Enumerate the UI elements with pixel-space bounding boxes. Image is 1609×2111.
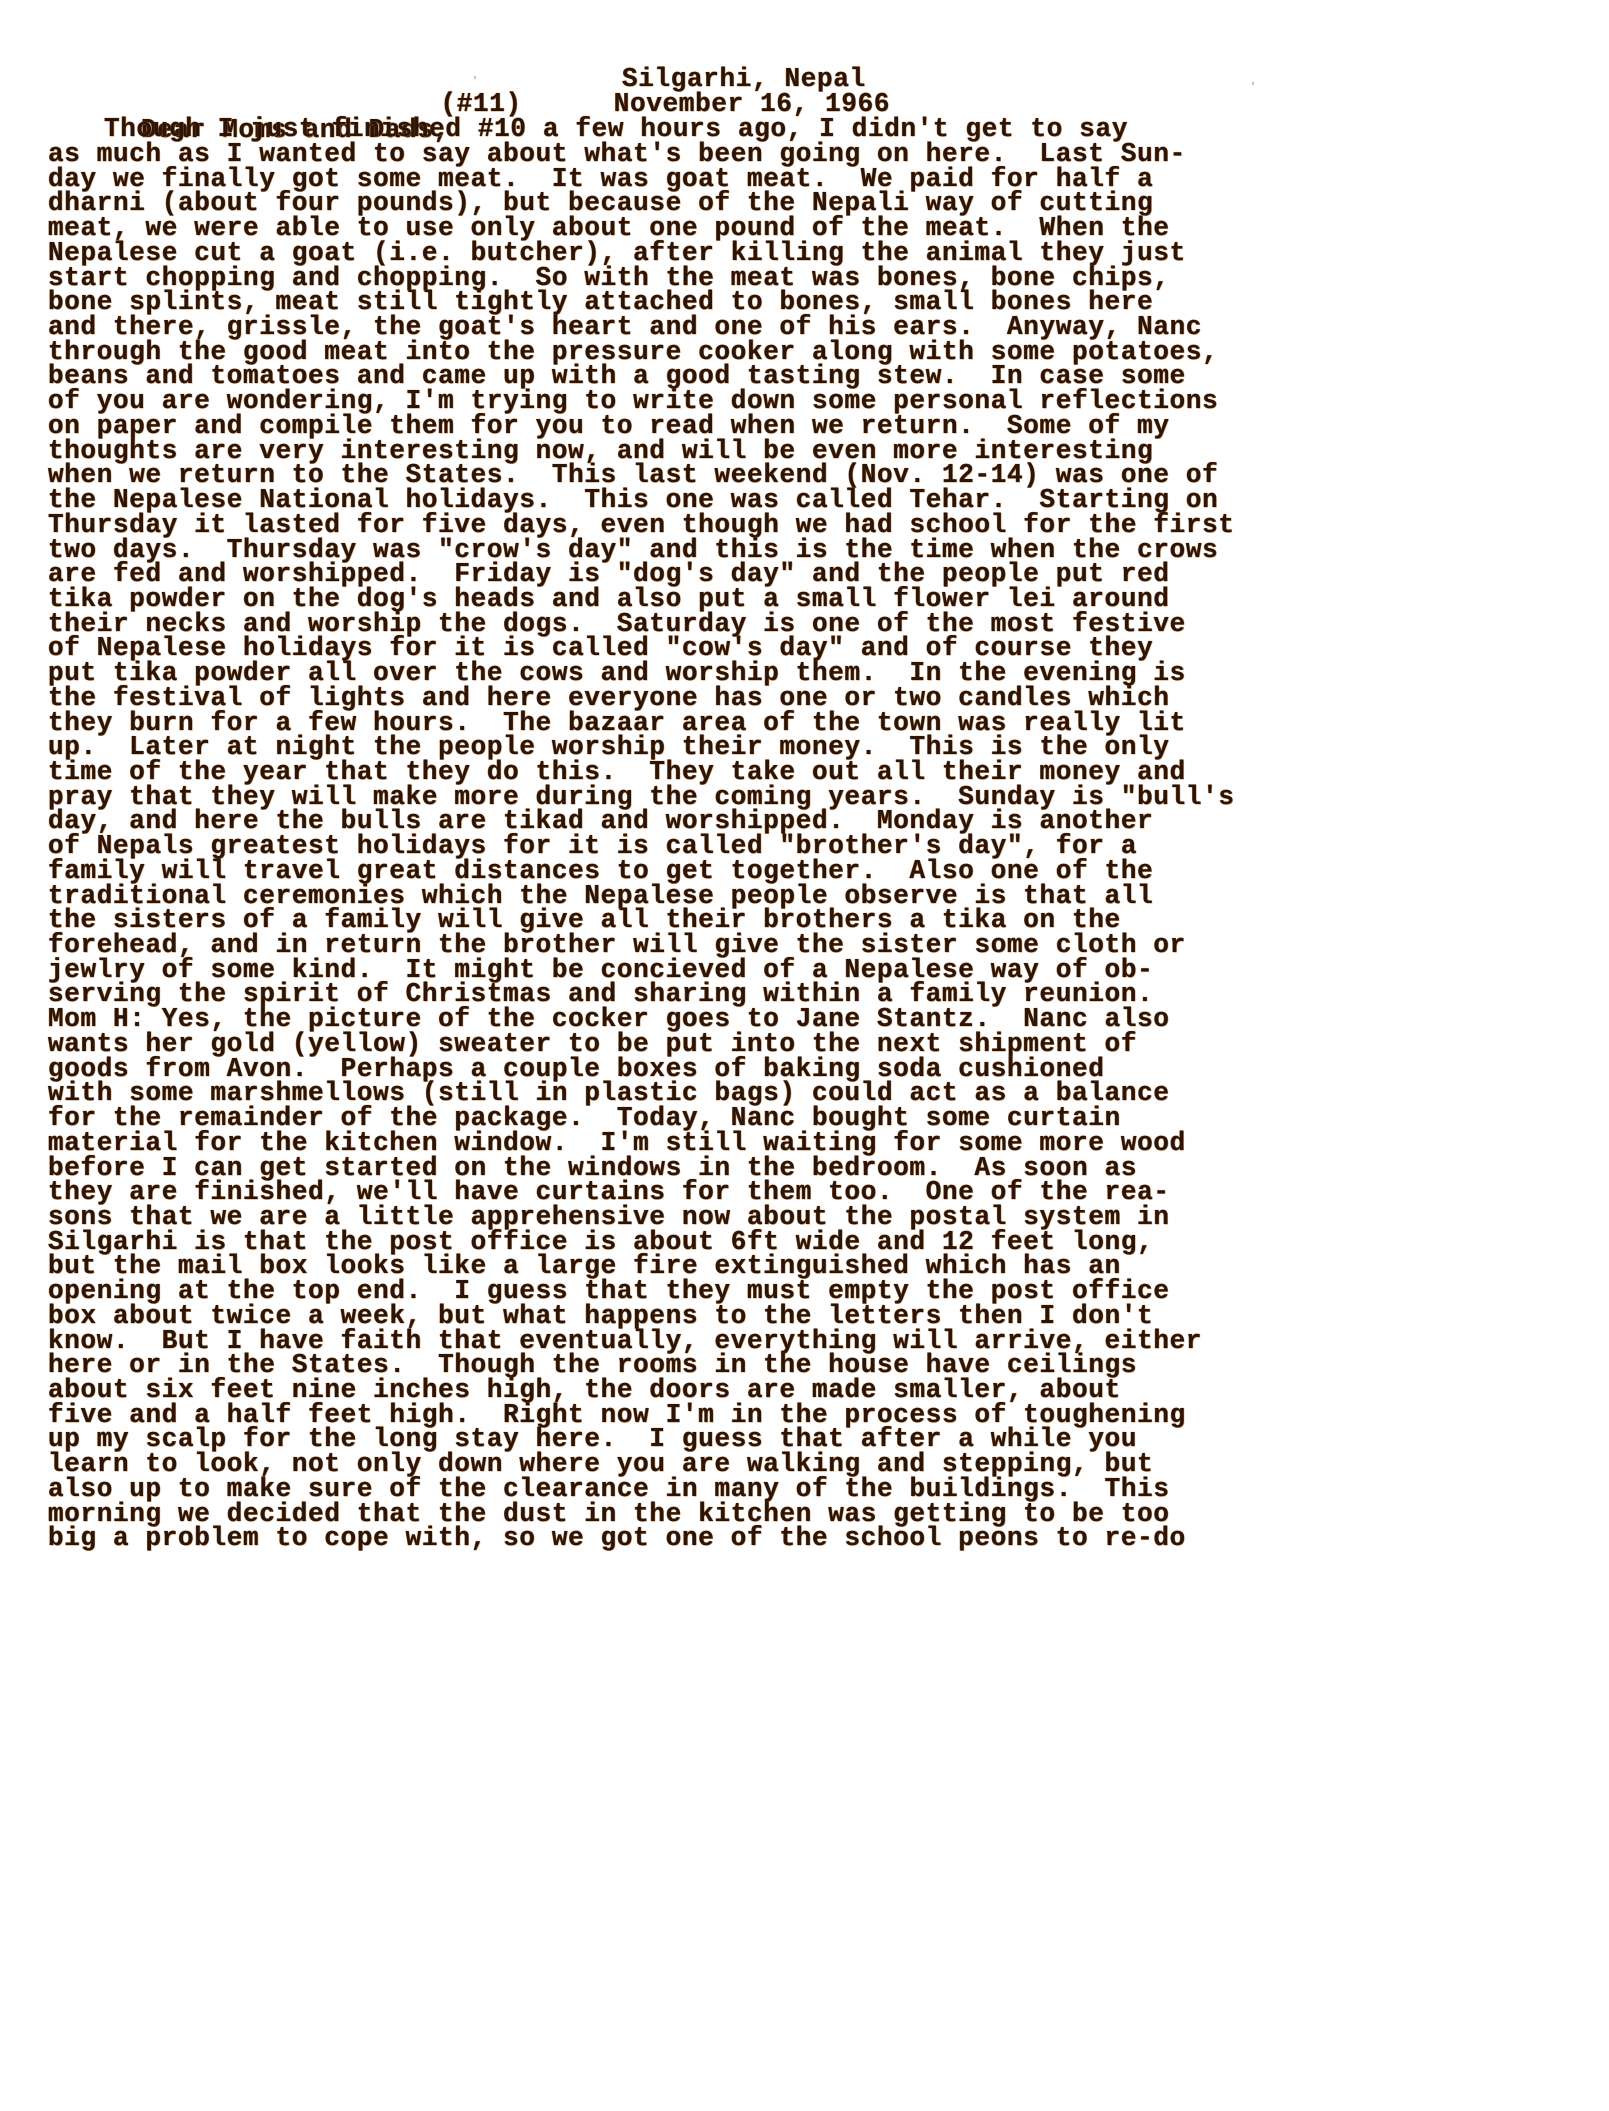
scan-speck: [474, 76, 476, 79]
letter-page: Silgarhi, Nepal Dear Moms and Dads, (#11…: [0, 0, 1609, 2111]
scan-speck: [1252, 82, 1254, 85]
body-line: big a problem to cope with, so we got on…: [48, 1525, 1186, 1551]
